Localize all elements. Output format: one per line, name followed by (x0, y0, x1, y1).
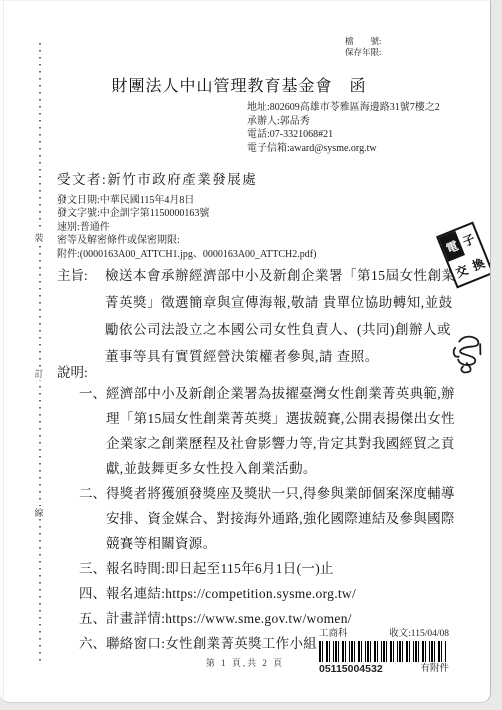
retention-period-label: 保存年限: (345, 47, 381, 58)
item-number: 五、 (79, 606, 106, 631)
list-item: 四、 報名連結:https://competition.sysme.org.tw… (79, 581, 471, 606)
sender-phone: 電話:07-3321068#21 (247, 128, 453, 142)
issue-number-line: 發文字號:中企訓字第1150000163號 (57, 207, 316, 220)
file-number-label: 檔 號: (345, 36, 381, 47)
subject-text: 檢送本會承辦經濟部中小及新創企業署「第15屆女性創業菁英獎」徵選簡章與宣傳海報,… (105, 262, 461, 370)
binding-mark-zhuang: 裝 (31, 231, 47, 244)
document-meta-block: 發文日期:中華民國115年4月8日 發文字號:中企訓字第1150000163號 … (57, 194, 316, 261)
list-item: 三、 報名時間:即日起至115年6月1日(一)止 (79, 556, 471, 581)
item-text: 得獎者將獲頒發獎座及獎狀一只,得參與業師個案深度輔導安排、資金媒合、對接海外通路… (106, 481, 462, 556)
explanation-items: 一、 經濟部中小及新創企業署為拔擢臺灣女性創業菁英典範,辦理「第15屆女性創業菁… (79, 381, 471, 656)
file-reference-block: 檔 號: 保存年限: (345, 36, 381, 58)
handwritten-mark (444, 327, 490, 384)
issue-date-line: 發文日期:中華民國115年4月8日 (57, 194, 316, 207)
page-left-edge (3, 1, 4, 702)
item-text: 經濟部中小及新創企業署為拔擢臺灣女性創業菁英典範,辦理「第15屆女性創業菁英獎」… (106, 381, 462, 481)
explanation-label: 說明: (57, 361, 88, 381)
sender-email: 電子信箱:award@sysme.org.tw (247, 142, 453, 156)
item-number: 六、 (79, 631, 106, 656)
recipient-line: 受文者:新竹市政府產業發展處 (57, 168, 257, 188)
sender-info-block: 地址:802609高雄市苓雅區海邊路31號7樓之2 承辦人:郭品秀 電話:07-… (247, 101, 453, 155)
sender-address: 地址:802609高雄市苓雅區海邊路31號7樓之2 (247, 101, 453, 115)
binding-mark-ding: 訂 (31, 367, 47, 380)
attachments-line: 附件:(0000163A00_ATTCH1.jpg、0000163A00_ATT… (57, 248, 316, 261)
confidentiality-line: 密等及解密條件或保密期限: (57, 234, 316, 247)
item-text: 報名連結:https://competition.sysme.org.tw/ (106, 581, 462, 606)
item-number: 三、 (79, 556, 106, 581)
priority-line: 速別:普通件 (57, 221, 316, 234)
subject-section: 主旨: 檢送本會承辦經濟部中小及新創企業署「第15屆女性創業菁英獎」徵選簡章與宣… (57, 262, 461, 370)
binding-mark-xian: 線 (31, 506, 47, 519)
page-number-footer: 第 1 頁,共 2 頁 (0, 656, 490, 669)
item-number: 二、 (79, 481, 106, 556)
list-item: 二、 得獎者將獲頒發獎座及獎狀一只,得參與業師個案深度輔導安排、資金媒合、對接海… (79, 481, 471, 556)
subject-label: 主旨: (57, 262, 105, 370)
document-title: 財團法人中山管理教育基金會 函 (0, 73, 478, 96)
sender-contact-person: 承辦人:郭品秀 (247, 115, 453, 129)
receipt-date: 收文:115/04/08 (389, 628, 449, 640)
item-number: 一、 (79, 381, 106, 481)
item-number: 四、 (79, 581, 106, 606)
list-item: 一、 經濟部中小及新創企業署為拔擢臺灣女性創業菁英典範,辦理「第15屆女性創業菁… (79, 381, 471, 481)
binding-dotted-line (39, 43, 41, 665)
receipt-department: 工商科 (319, 628, 348, 640)
scribble-icon (445, 327, 490, 379)
official-letter-page: 裝 訂 線 檔 號: 保存年限: 財團法人中山管理教育基金會 函 地址:8026… (0, 0, 491, 703)
item-text: 報名時間:即日起至115年6月1日(一)止 (106, 556, 462, 581)
